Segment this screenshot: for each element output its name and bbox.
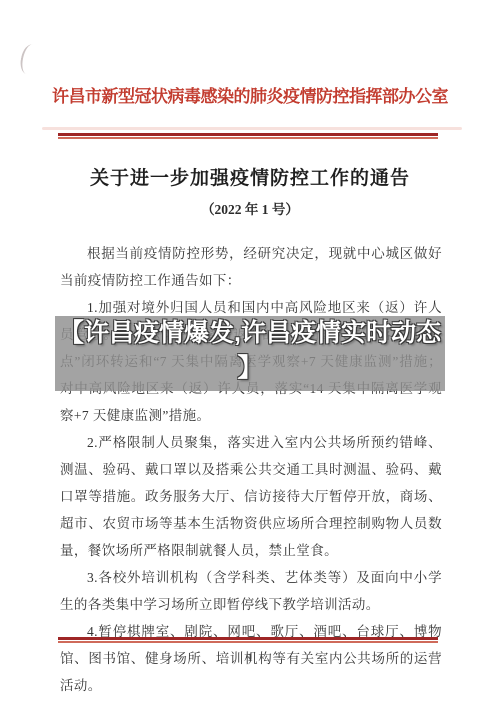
header-divider bbox=[58, 133, 438, 139]
paragraph-intro: 根据当前疫情防控形势，经研究决定，现就中心城区做好当前疫情防控工作通告如下： bbox=[60, 240, 442, 294]
scan-mark bbox=[18, 43, 38, 75]
document-body: 根据当前疫情防控形势，经研究决定，现就中心城区做好当前疫情防控工作通告如下： 1… bbox=[60, 240, 442, 699]
document-number: （2022 年 1 号） bbox=[30, 198, 470, 218]
header-divider-thick-line bbox=[58, 133, 438, 136]
footer-divider-thin-line bbox=[58, 641, 438, 643]
page-number: 1 bbox=[0, 650, 500, 665]
footer-divider bbox=[58, 637, 438, 643]
watermark-closing-bracket: 】 bbox=[237, 351, 262, 386]
issuing-office-header: 许昌市新型冠状病毒感染的肺炎疫情防控指挥部办公室 bbox=[30, 82, 470, 107]
watermark-text: 【许昌疫情爆发,许昌疫情实时动态 bbox=[59, 316, 441, 351]
scan-smear bbox=[42, 127, 462, 130]
paragraph-item-2: 2.严格限制人员聚集，落实进入室内公共场所预约错峰、测温、验码、戴口罩以及搭乘公… bbox=[60, 429, 442, 564]
document-title: 关于进一步加强疫情防控工作的通告 bbox=[30, 163, 470, 190]
document-page: 许昌市新型冠状病毒感染的肺炎疫情防控指挥部办公室 关于进一步加强疫情防控工作的通… bbox=[0, 0, 500, 702]
header-divider-thin-line bbox=[58, 137, 438, 139]
paragraph-item-3: 3.各校外培训机构（含学科类、艺体类等）及面向中小学生的各类集中学习场所立即暂停… bbox=[60, 564, 442, 618]
footer-divider-thick-line bbox=[58, 637, 438, 640]
watermark-overlay: 【许昌疫情爆发,许昌疫情实时动态 】 bbox=[55, 316, 445, 391]
